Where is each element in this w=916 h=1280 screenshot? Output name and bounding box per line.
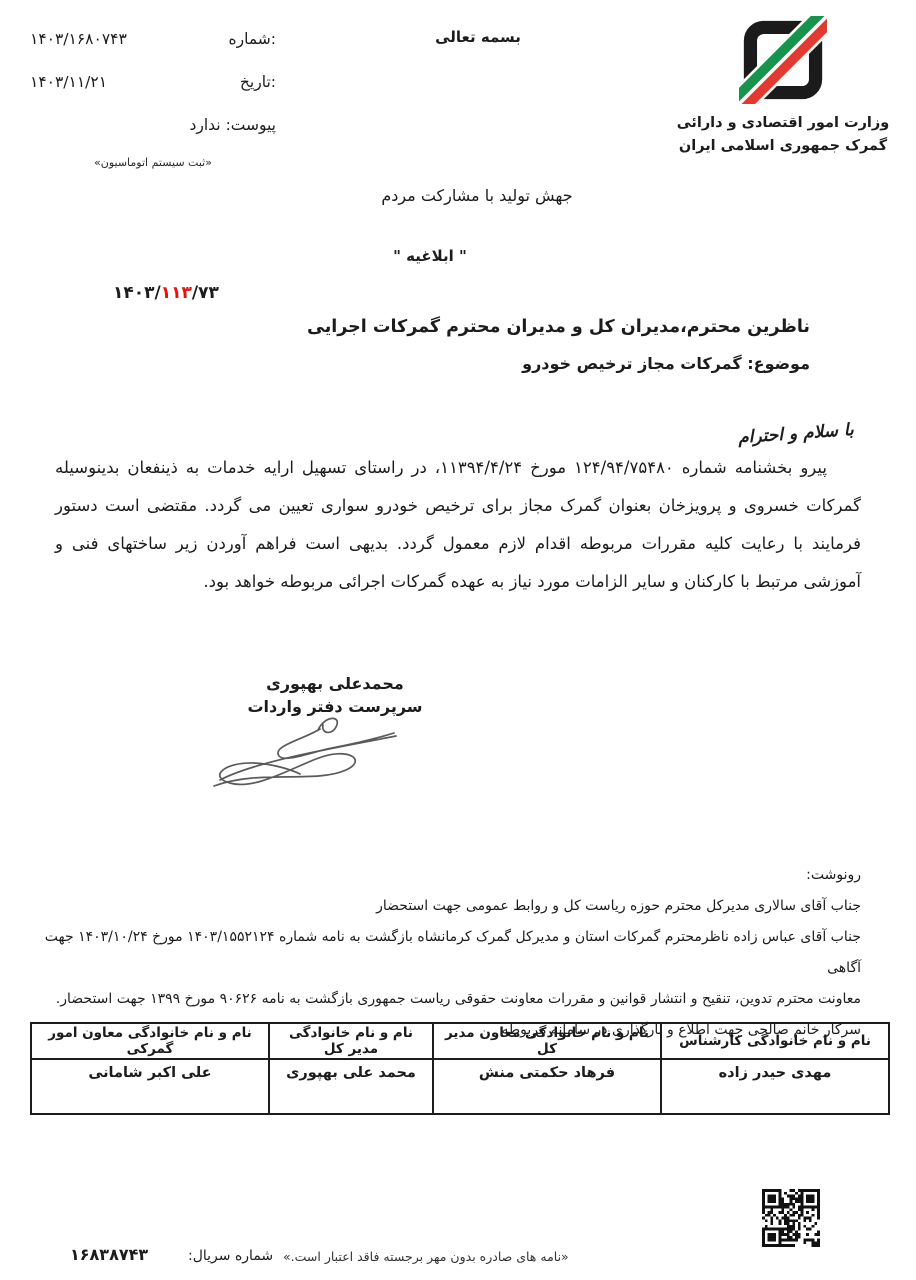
letter-body: پیرو بخشنامه شماره ۱۲۴/۹۴/۷۵۴۸۰ مورخ ۱۱۳… bbox=[55, 449, 861, 601]
col-header-deputy-customs: نام و نام خانوادگی معاون امور گمرکی bbox=[31, 1023, 269, 1059]
letter-attachment-label: پیوست: bbox=[226, 116, 276, 134]
year-slogan: جهش تولید با مشارکت مردم bbox=[377, 186, 577, 205]
doc-number-highlight: ۱۱۳ bbox=[161, 283, 192, 303]
letter-number-row: شماره: ۱۴۰۳/۱۶۸۰۷۴۳ bbox=[30, 30, 276, 48]
notice-title: " ابلاغیه " bbox=[365, 247, 495, 265]
subject-line: موضوع: گمرکات مجاز ترخیص خودرو bbox=[60, 354, 810, 373]
serial-number-value: ۱۶۸۳۸۷۴۳ bbox=[70, 1245, 148, 1264]
signer-name: محمدعلی بهپوری bbox=[190, 672, 480, 695]
letter-meta-block: شماره: ۱۴۰۳/۱۶۸۰۷۴۳ تاریخ: ۱۴۰۳/۱۱/۲۱ پی… bbox=[30, 30, 276, 169]
addressee-line: ناظرین محترم،مدیران کل و مدیران محترم گم… bbox=[60, 317, 810, 337]
cell-deputy-dg-name: فرهاد حکمتی منش bbox=[433, 1059, 661, 1114]
letter-date-label: تاریخ: bbox=[240, 73, 276, 91]
cc-item: جناب آقای عباس زاده ناظرمحترم گمرکات است… bbox=[40, 922, 861, 984]
embossed-seal-disclaimer: «نامه های صادره بدون مهر برجسته فاقد اعت… bbox=[283, 1249, 569, 1264]
organization-name: گمرک جمهوری اسلامی ایران bbox=[676, 138, 890, 154]
signature-scribble bbox=[196, 706, 411, 796]
serial-number-label: شماره سریال: bbox=[188, 1248, 273, 1264]
cell-expert-name: مهدی حیدر زاده bbox=[661, 1059, 889, 1114]
letter-attachment-row: پیوست: ندارد bbox=[30, 116, 276, 134]
doc-number-prefix: ۱۴۰۳/ bbox=[113, 283, 161, 303]
customs-logo-icon bbox=[739, 16, 827, 104]
qr-code bbox=[762, 1189, 820, 1247]
col-header-deputy-dg: نام و نام خانوادگی معاون مدیر کل bbox=[433, 1023, 661, 1059]
letter-attachment-value: ندارد bbox=[189, 116, 220, 134]
doc-number-suffix: /۷۳ bbox=[192, 283, 219, 303]
notice-doc-number: ۱۴۰۳/۱۱۳/۷۳ bbox=[113, 283, 219, 303]
responsible-persons-table: نام و نام خانوادگی کارشناس نام و نام خان… bbox=[30, 1022, 890, 1115]
bismillah-text: بسمه تعالی bbox=[398, 28, 558, 46]
letter-number-label: شماره: bbox=[228, 30, 276, 48]
automation-note: «ثبت سیستم اتوماسیون» bbox=[30, 156, 276, 169]
letterhead-block: وزارت امور اقتصادی و دارائی گمرک جمهوری … bbox=[676, 16, 890, 154]
cell-deputy-customs-name: علی اکبر شامانی bbox=[31, 1059, 269, 1114]
letter-date-row: تاریخ: ۱۴۰۳/۱۱/۲۱ bbox=[30, 73, 276, 91]
letter-date-value: ۱۴۰۳/۱۱/۲۱ bbox=[30, 73, 107, 91]
col-header-expert: نام و نام خانوادگی کارشناس bbox=[661, 1023, 889, 1059]
letter-number-value: ۱۴۰۳/۱۶۸۰۷۴۳ bbox=[30, 30, 127, 48]
official-letter-page: شماره: ۱۴۰۳/۱۶۸۰۷۴۳ تاریخ: ۱۴۰۳/۱۱/۲۱ پی… bbox=[0, 0, 916, 1280]
cc-item: معاونت محترم تدوین، تنقیح و انتشار قوانی… bbox=[40, 984, 861, 1015]
col-header-dg: نام و نام خانوادگی مدیر کل bbox=[269, 1023, 433, 1059]
table-row: مهدی حیدر زاده فرهاد حکمتی منش محمد علی … bbox=[31, 1059, 889, 1114]
salutation-handwriting: با سلام و احترام bbox=[738, 420, 855, 448]
cell-dg-name: محمد علی بهپوری bbox=[269, 1059, 433, 1114]
ministry-name: وزارت امور اقتصادی و دارائی bbox=[676, 115, 890, 131]
cc-block: رونوشت: جناب آقای سالاری مدیرکل محترم حو… bbox=[40, 860, 861, 1046]
cc-item: جناب آقای سالاری مدیرکل محترم حوزه ریاست… bbox=[40, 891, 861, 922]
cc-label: رونوشت: bbox=[40, 860, 861, 891]
table-header-row: نام و نام خانوادگی کارشناس نام و نام خان… bbox=[31, 1023, 889, 1059]
